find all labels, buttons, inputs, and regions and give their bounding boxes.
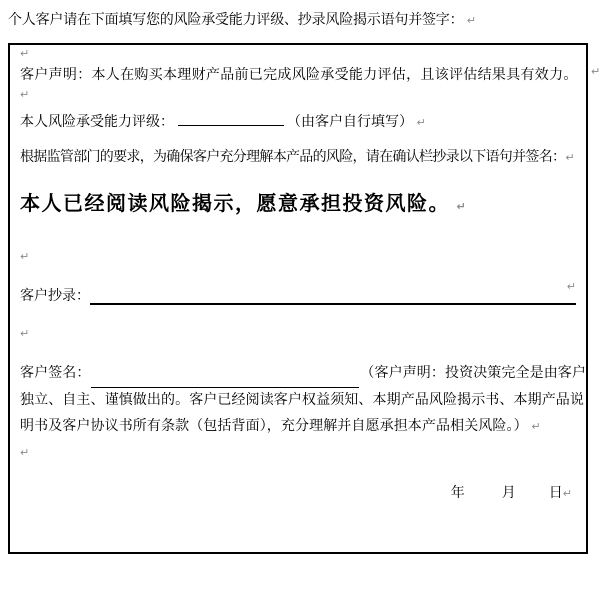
risk-rating-line: 本人风险承受能力评级： （由客户自行填写） ↵ [20, 111, 426, 131]
transcription-input-line[interactable] [90, 289, 576, 305]
instruction-line: 个人客户请在下面填写您的风险承受能力评级、抄录风险揭示语句并签字： ↵ [8, 9, 476, 29]
return-mark-icon: ↵ [20, 48, 29, 59]
signature-line: 客户签名： （客户声明：投资决策完全是由客户 [20, 361, 586, 388]
regulator-notice-line: 根据监管部门的要求，为确保客户充分理解本产品的风险，请在确认栏抄录以下语句并签名… [20, 146, 574, 166]
risk-confirmation-box: ↵ 客户声明：本人在购买本理财产品前已完成风险承受能力评估，且该评估结果具有效力… [8, 43, 588, 554]
return-mark-icon: ↵ [563, 487, 572, 500]
return-mark-icon: ↵ [457, 200, 466, 213]
date-day-label: 日 [549, 486, 563, 501]
date-line: 年月日↵ [451, 482, 572, 502]
return-mark-icon: ↵ [20, 328, 29, 339]
return-mark-icon: ↵ [531, 420, 540, 433]
risk-statement-line: 本人已经阅读风险揭示，愿意承担投资风险。 ↵ [20, 187, 466, 216]
signature-label: 客户签名： [20, 361, 91, 388]
signature-note-line2: 独立、自主、谨慎做出的。客户已经阅读客户权益须知、本期产品风险揭示书、本期产品说 [20, 388, 586, 415]
return-mark-icon: ↵ [20, 251, 29, 262]
return-mark-icon: ↵ [417, 116, 426, 129]
risk-rating-label: 本人风险承受能力评级： [20, 115, 174, 130]
signature-input-line[interactable] [91, 371, 360, 388]
signature-paragraph: 客户签名： （客户声明：投资决策完全是由客户 独立、自主、谨慎做出的。客户已经阅… [20, 361, 586, 441]
return-mark-icon: ↵ [467, 14, 476, 27]
document-page: 个人客户请在下面填写您的风险承受能力评级、抄录风险揭示语句并签字： ↵ ↵ 客户… [0, 0, 599, 592]
transcription-line: 客户抄录： ↵ [20, 285, 576, 305]
return-mark-icon: ↵ [591, 66, 599, 77]
return-mark-icon: ↵ [567, 281, 576, 292]
signature-note-line1: （客户声明：投资决策完全是由客户 [360, 361, 586, 388]
date-year-label: 年 [451, 486, 465, 501]
signature-note-line3: 明书及客户协议书所有条款（包括背面），充分理解并自愿承担本产品相关风险。） ↵ [20, 414, 586, 441]
date-month-label: 月 [502, 486, 516, 501]
instruction-text: 个人客户请在下面填写您的风险承受能力评级、抄录风险揭示语句并签字： [8, 13, 463, 28]
client-declaration-text: 客户声明：本人在购买本理财产品前已完成风险承受能力评估，且该评估结果具有效力。 [20, 64, 578, 84]
return-mark-icon: ↵ [20, 447, 29, 458]
return-mark-icon: ↵ [20, 89, 29, 100]
risk-rating-input-line[interactable] [178, 111, 284, 126]
regulator-notice-text: 根据监管部门的要求，为确保客户充分理解本产品的风险，请在确认栏抄录以下语句并签名… [20, 150, 565, 165]
risk-rating-note: （由客户自行填写） [287, 115, 413, 130]
return-mark-icon: ↵ [565, 151, 574, 164]
risk-statement-text: 本人已经阅读风险揭示，愿意承担投资风险。 [20, 193, 450, 215]
transcription-label: 客户抄录： [20, 285, 90, 305]
